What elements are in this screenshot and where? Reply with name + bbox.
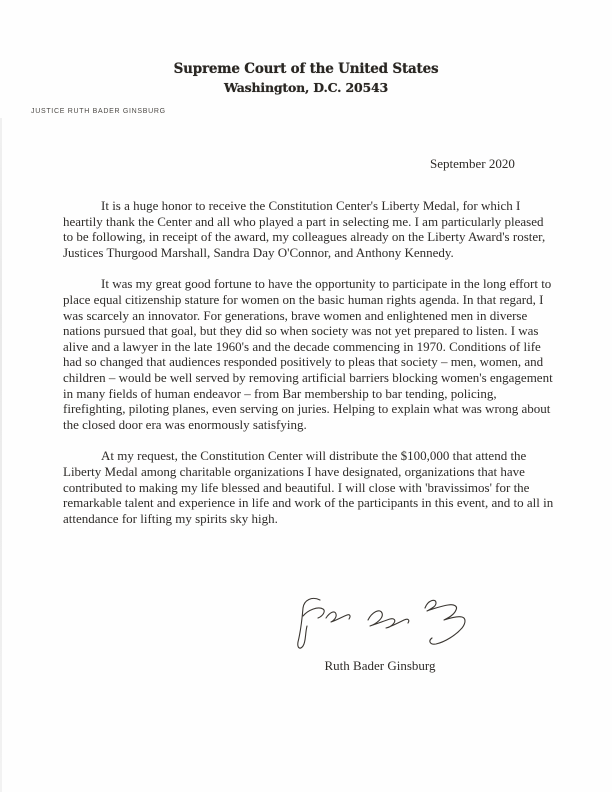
paragraph-2: It was my great good fortune to have the… [63,276,555,432]
paragraph-3: At my request, the Constitution Center w… [63,448,555,526]
letterhead-line1: Supreme Court of the United States [0,61,612,77]
letterhead-line2: Washington, D.C. 20543 [0,80,612,95]
signature-block: Ruth Bader Ginsburg [286,590,474,674]
letterhead: Supreme Court of the United States Washi… [0,61,612,95]
paragraph-1: It is a huge honor to receive the Consti… [63,198,555,260]
signature-printed-name: Ruth Bader Ginsburg [286,658,474,674]
letter-page: Supreme Court of the United States Washi… [0,0,612,792]
letter-date: September 2020 [430,156,515,172]
handwritten-signature-icon [290,590,470,652]
letter-body: It is a huge honor to receive the Consti… [63,198,555,542]
scan-edge-artifact [0,118,2,792]
sender-name: JUSTICE RUTH BADER GINSBURG [31,108,166,115]
